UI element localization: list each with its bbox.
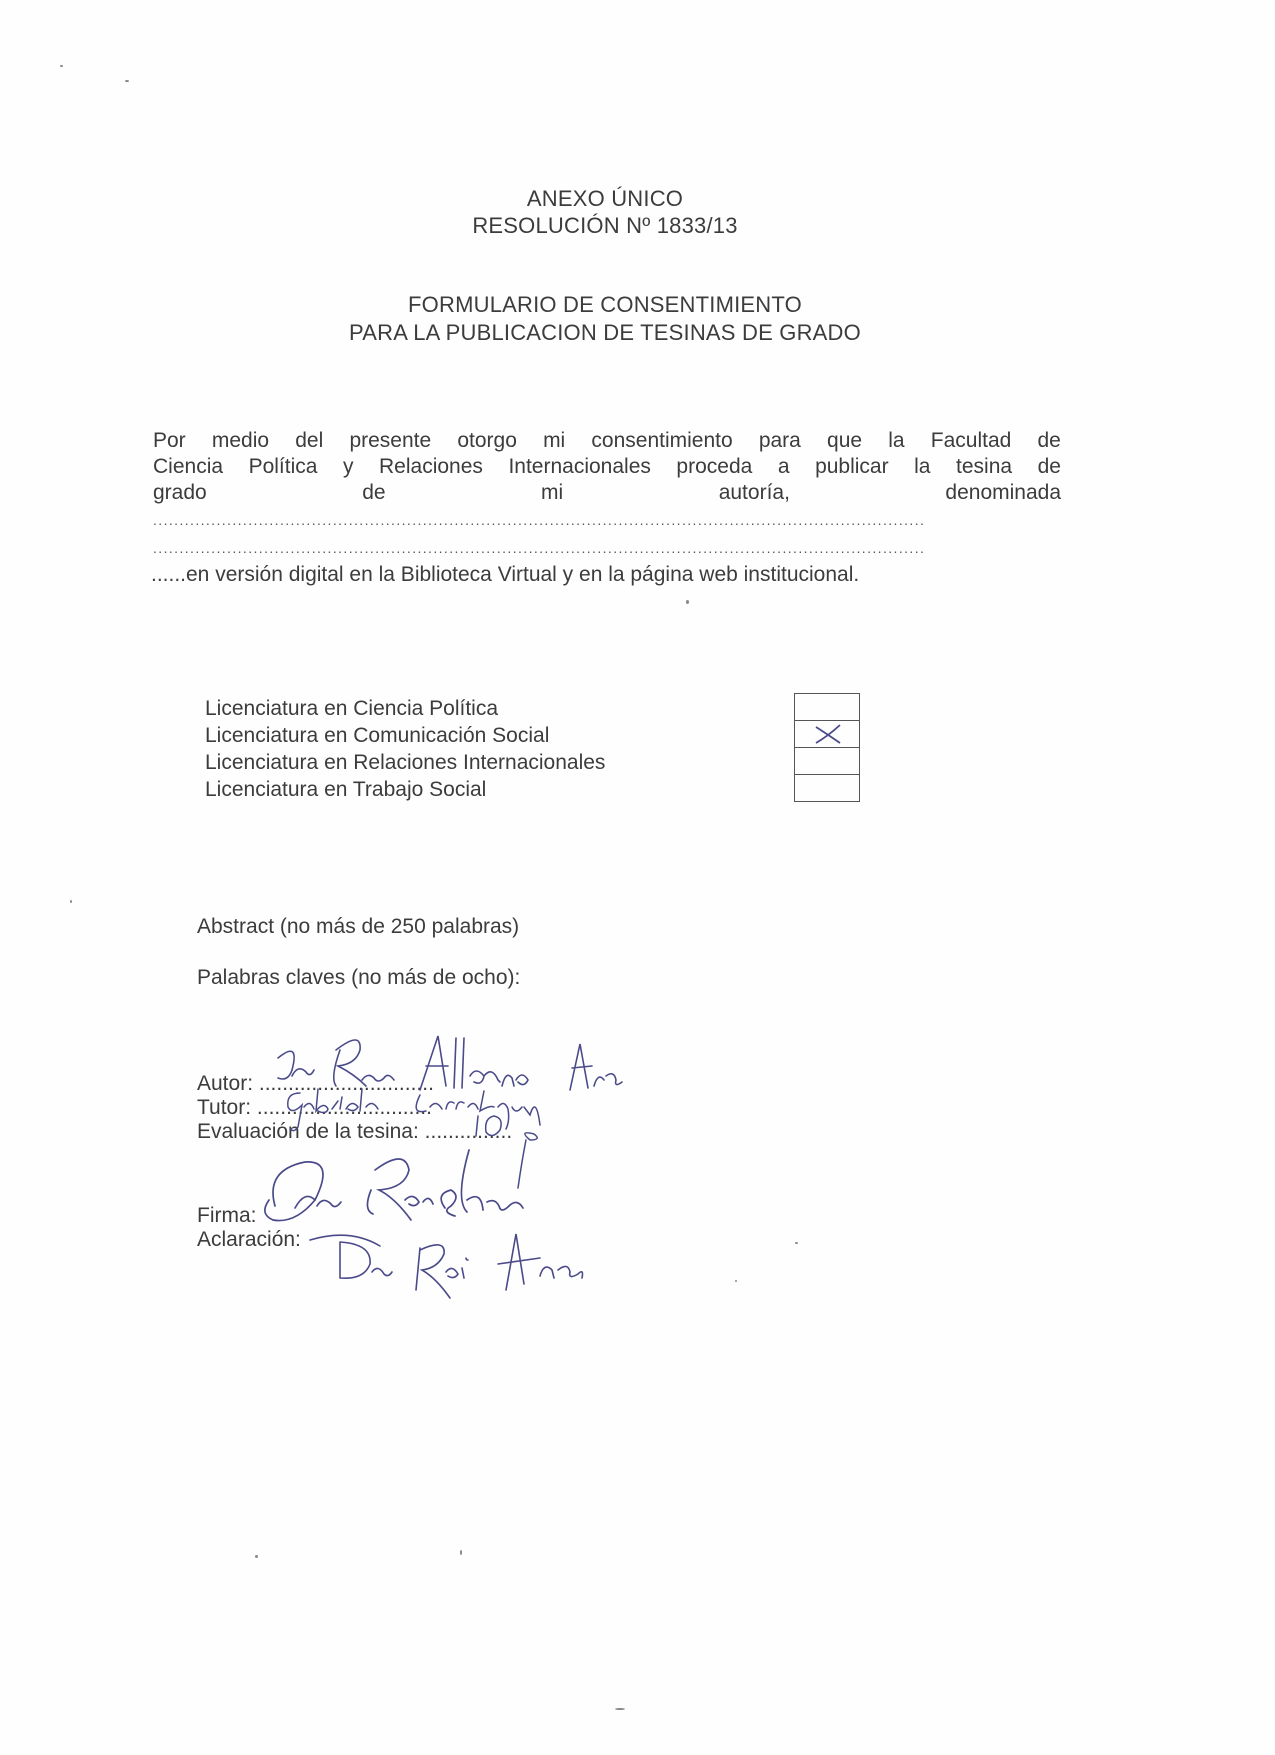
degree-trabajo-social: Licenciatura en Trabajo Social bbox=[205, 776, 605, 803]
scan-speck bbox=[735, 1280, 737, 1282]
degree-checkbox-column bbox=[794, 693, 860, 802]
consent-word: de bbox=[1038, 454, 1061, 480]
consent-word: Relaciones bbox=[379, 454, 483, 480]
consent-word: que bbox=[827, 428, 862, 454]
consent-word: proceda bbox=[676, 454, 752, 480]
thesis-title-dotted-line-2: ........................................… bbox=[153, 540, 1048, 556]
scan-speck bbox=[255, 1555, 258, 1558]
consent-word: del bbox=[295, 428, 323, 454]
consent-line-3: grado de mi autoría, denominada bbox=[153, 480, 1061, 506]
scan-speck bbox=[615, 1708, 625, 1710]
consent-word: Internacionales bbox=[508, 454, 650, 480]
handwritten-tutor-name bbox=[280, 1085, 640, 1135]
scan-speck bbox=[60, 65, 63, 67]
scan-speck bbox=[70, 900, 72, 903]
consent-closing: ......en versión digital en la Bibliotec… bbox=[151, 563, 859, 587]
consent-word: otorgo bbox=[457, 428, 517, 454]
consent-word: Facultad bbox=[931, 428, 1012, 454]
consent-line-1: Pormediodelpresenteotorgomiconsentimient… bbox=[153, 428, 1061, 454]
degree-list: Licenciatura en Ciencia Política Licenci… bbox=[205, 695, 605, 803]
consent-word: mi bbox=[543, 428, 565, 454]
scanned-document-page: ANEXO ÚNICO RESOLUCIÓN Nº 1833/13 FORMUL… bbox=[0, 0, 1275, 1755]
checkbox-comunicacion-social[interactable] bbox=[795, 721, 859, 748]
consent-word: de bbox=[362, 480, 385, 506]
scan-speck bbox=[795, 1242, 798, 1244]
resolution-number: RESOLUCIÓN Nº 1833/13 bbox=[0, 213, 1210, 239]
consent-word: Por bbox=[153, 428, 186, 454]
consent-word: publicar bbox=[815, 454, 889, 480]
scan-speck bbox=[460, 1550, 462, 1555]
thesis-title-dotted-line-1: ........................................… bbox=[153, 512, 1048, 528]
consent-word: mi bbox=[541, 480, 563, 506]
consent-word: de bbox=[1038, 428, 1061, 454]
consent-word: la bbox=[914, 454, 930, 480]
signature-label: Firma: bbox=[197, 1204, 257, 1228]
abstract-label: Abstract (no más de 250 palabras) bbox=[197, 915, 519, 939]
author-label: Autor: bbox=[197, 1072, 253, 1095]
consent-paragraph: Pormediodelpresenteotorgomiconsentimient… bbox=[153, 428, 1061, 506]
consent-line-2: CienciaPolíticayRelacionesInternacionale… bbox=[153, 454, 1061, 480]
checkbox-relaciones-internacionales[interactable] bbox=[795, 748, 859, 775]
consent-word: a bbox=[778, 454, 790, 480]
degree-comunicacion-social: Licenciatura en Comunicación Social bbox=[205, 722, 605, 749]
keywords-label: Palabras claves (no más de ocho): bbox=[197, 966, 520, 990]
consent-word: Política bbox=[249, 454, 318, 480]
consent-word: Ciencia bbox=[153, 454, 223, 480]
consent-word: denominada bbox=[945, 480, 1061, 506]
checkbox-trabajo-social[interactable] bbox=[795, 775, 859, 801]
consent-word: autoría, bbox=[719, 480, 790, 506]
consent-word: y bbox=[343, 454, 354, 480]
form-subtitle: PARA LA PUBLICACION DE TESINAS DE GRADO bbox=[0, 320, 1210, 346]
consent-word: tesina bbox=[956, 454, 1012, 480]
consent-word: presente bbox=[349, 428, 431, 454]
consent-word: grado bbox=[153, 480, 207, 506]
consent-word: la bbox=[888, 428, 904, 454]
handwritten-clarification bbox=[320, 1228, 610, 1308]
form-title: FORMULARIO DE CONSENTIMIENTO bbox=[0, 292, 1210, 318]
annex-title: ANEXO ÚNICO bbox=[0, 186, 1210, 212]
checkbox-ciencia-politica[interactable] bbox=[795, 694, 859, 721]
consent-word: medio bbox=[212, 428, 269, 454]
scan-speck bbox=[125, 80, 129, 82]
x-mark-icon bbox=[813, 722, 843, 746]
degree-relaciones-internacionales: Licenciatura en Relaciones Internacional… bbox=[205, 749, 605, 776]
consent-word: consentimiento bbox=[591, 428, 732, 454]
scan-speck bbox=[686, 600, 689, 604]
tutor-label: Tutor: bbox=[197, 1096, 251, 1119]
handwritten-signature[interactable] bbox=[255, 1150, 585, 1240]
consent-word: para bbox=[759, 428, 801, 454]
degree-ciencia-politica: Licenciatura en Ciencia Política bbox=[205, 695, 605, 722]
